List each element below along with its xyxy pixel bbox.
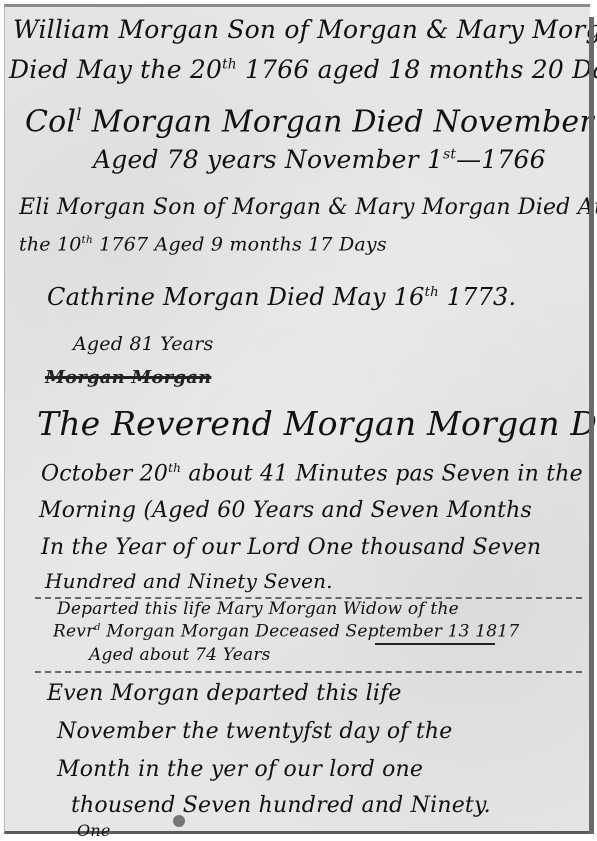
col-morgan-line-1: Coll Morgan Morgan Died November 17 1766: [25, 107, 597, 138]
reverend-line-5: Hundred and Ninety Seven.: [45, 571, 333, 591]
william-line-2: Died May the 20th 1766 aged 18 months 20…: [9, 57, 597, 82]
even-year-end-text: One: [77, 821, 111, 840]
william-died-text: Died May the 20: [9, 55, 222, 84]
ordinal-suffix: st: [443, 146, 456, 162]
col-morgan-line-2: Aged 78 years November 1st—1766: [93, 147, 546, 172]
dotted-separator: [35, 671, 582, 673]
cathrine-age-text: Aged 81 Years: [73, 333, 213, 355]
reverend-date: October 20: [41, 461, 168, 486]
eli-line-2: the 10th 1767 Aged 9 months 17 Days: [19, 235, 387, 254]
even-date-text: November the twentyfst day of the: [57, 719, 452, 744]
eli-line-1: Eli Morgan Son of Morgan & Mary Morgan D…: [19, 197, 597, 219]
reverend-year-text-1: In the Year of our Lord One thousand Sev…: [41, 535, 541, 560]
even-line-5: One: [77, 823, 111, 839]
mary-line-3: Aged about 74 Years: [89, 647, 271, 664]
cathrine-died-text: Cathrine Morgan Died May 16: [47, 283, 425, 311]
eli-age-text: 1767 Aged 9 months 17 Days: [99, 233, 387, 255]
even-departed-text: Even Morgan departed this life: [47, 681, 402, 706]
reverend-year-text-2: Hundred and Ninety Seven.: [45, 569, 333, 593]
reverend-age-text: Morning (Aged 60 Years and Seven Months: [39, 498, 532, 523]
mary-age-text: Aged about 74 Years: [89, 645, 271, 665]
cathrine-line-2: Aged 81 Years: [73, 335, 213, 354]
struck-signature: Morgan Morgan: [45, 369, 211, 387]
col-morgan-year: —1766: [456, 145, 546, 174]
mary-departed-text: Departed this life Mary Morgan Widow of …: [57, 599, 459, 619]
reverend-line-1: The Reverend Morgan Morgan Died: [37, 407, 597, 440]
mary-deceased-text: Morgan Morgan Deceased September 13 1817: [106, 622, 519, 642]
even-line-4: thousend Seven hundred and Ninety.: [71, 795, 491, 817]
ordinal-suffix: th: [222, 56, 237, 72]
col-abbrev-suffix: l: [76, 105, 81, 124]
reverend-died-text: The Reverend Morgan Morgan Died: [37, 404, 597, 443]
struck-signature-text: Morgan Morgan: [45, 367, 211, 388]
even-line-1: Even Morgan departed this life: [47, 683, 402, 705]
scanned-register-page: William Morgan Son of Morgan & Mary Morg…: [4, 4, 590, 834]
ordinal-suffix: th: [425, 285, 439, 300]
william-line-1: William Morgan Son of Morgan & Mary Morg…: [13, 17, 597, 42]
revd-abbrev: Revr: [53, 622, 94, 642]
reverend-line-4: In the Year of our Lord One thousand Sev…: [41, 537, 541, 559]
even-year-text: thousend Seven hundred and Ninety.: [71, 793, 491, 818]
even-line-2: November the twentyfst day of the: [57, 721, 452, 743]
col-morgan-age-text: Aged 78 years November 1: [93, 145, 443, 174]
eli-name-text: Eli Morgan Son of Morgan & Mary Morgan D…: [19, 195, 597, 220]
eli-died-day: the 10: [19, 233, 82, 255]
william-name-text: William Morgan Son of Morgan & Mary Morg…: [13, 15, 597, 44]
date-underline: [375, 643, 495, 645]
col-morgan-died-text: Morgan Morgan Died November 17 1766: [91, 105, 597, 140]
col-abbrev: Col: [25, 105, 76, 140]
cathrine-year: 1773.: [447, 283, 517, 311]
revd-abbrev-suffix: d: [94, 622, 100, 633]
ordinal-suffix: th: [82, 234, 93, 246]
mary-line-1: Departed this life Mary Morgan Widow of …: [57, 601, 459, 618]
even-line-3: Month in the yer of our lord one: [57, 759, 423, 781]
ordinal-suffix: th: [168, 461, 181, 475]
reverend-line-2: October 20th about 41 Minutes pas Seven …: [41, 462, 583, 485]
even-month-text: Month in the yer of our lord one: [57, 757, 423, 782]
reverend-line-3: Morning (Aged 60 Years and Seven Months: [39, 500, 532, 522]
reverend-time-text: about 41 Minutes pas Seven in the: [188, 461, 583, 486]
ink-blot: [173, 815, 185, 827]
william-age-text: 1766 aged 18 months 20 Days: [245, 55, 597, 84]
mary-line-2: Revrd Morgan Morgan Deceased September 1…: [53, 623, 519, 641]
cathrine-line-1: Cathrine Morgan Died May 16th 1773.: [47, 285, 516, 309]
